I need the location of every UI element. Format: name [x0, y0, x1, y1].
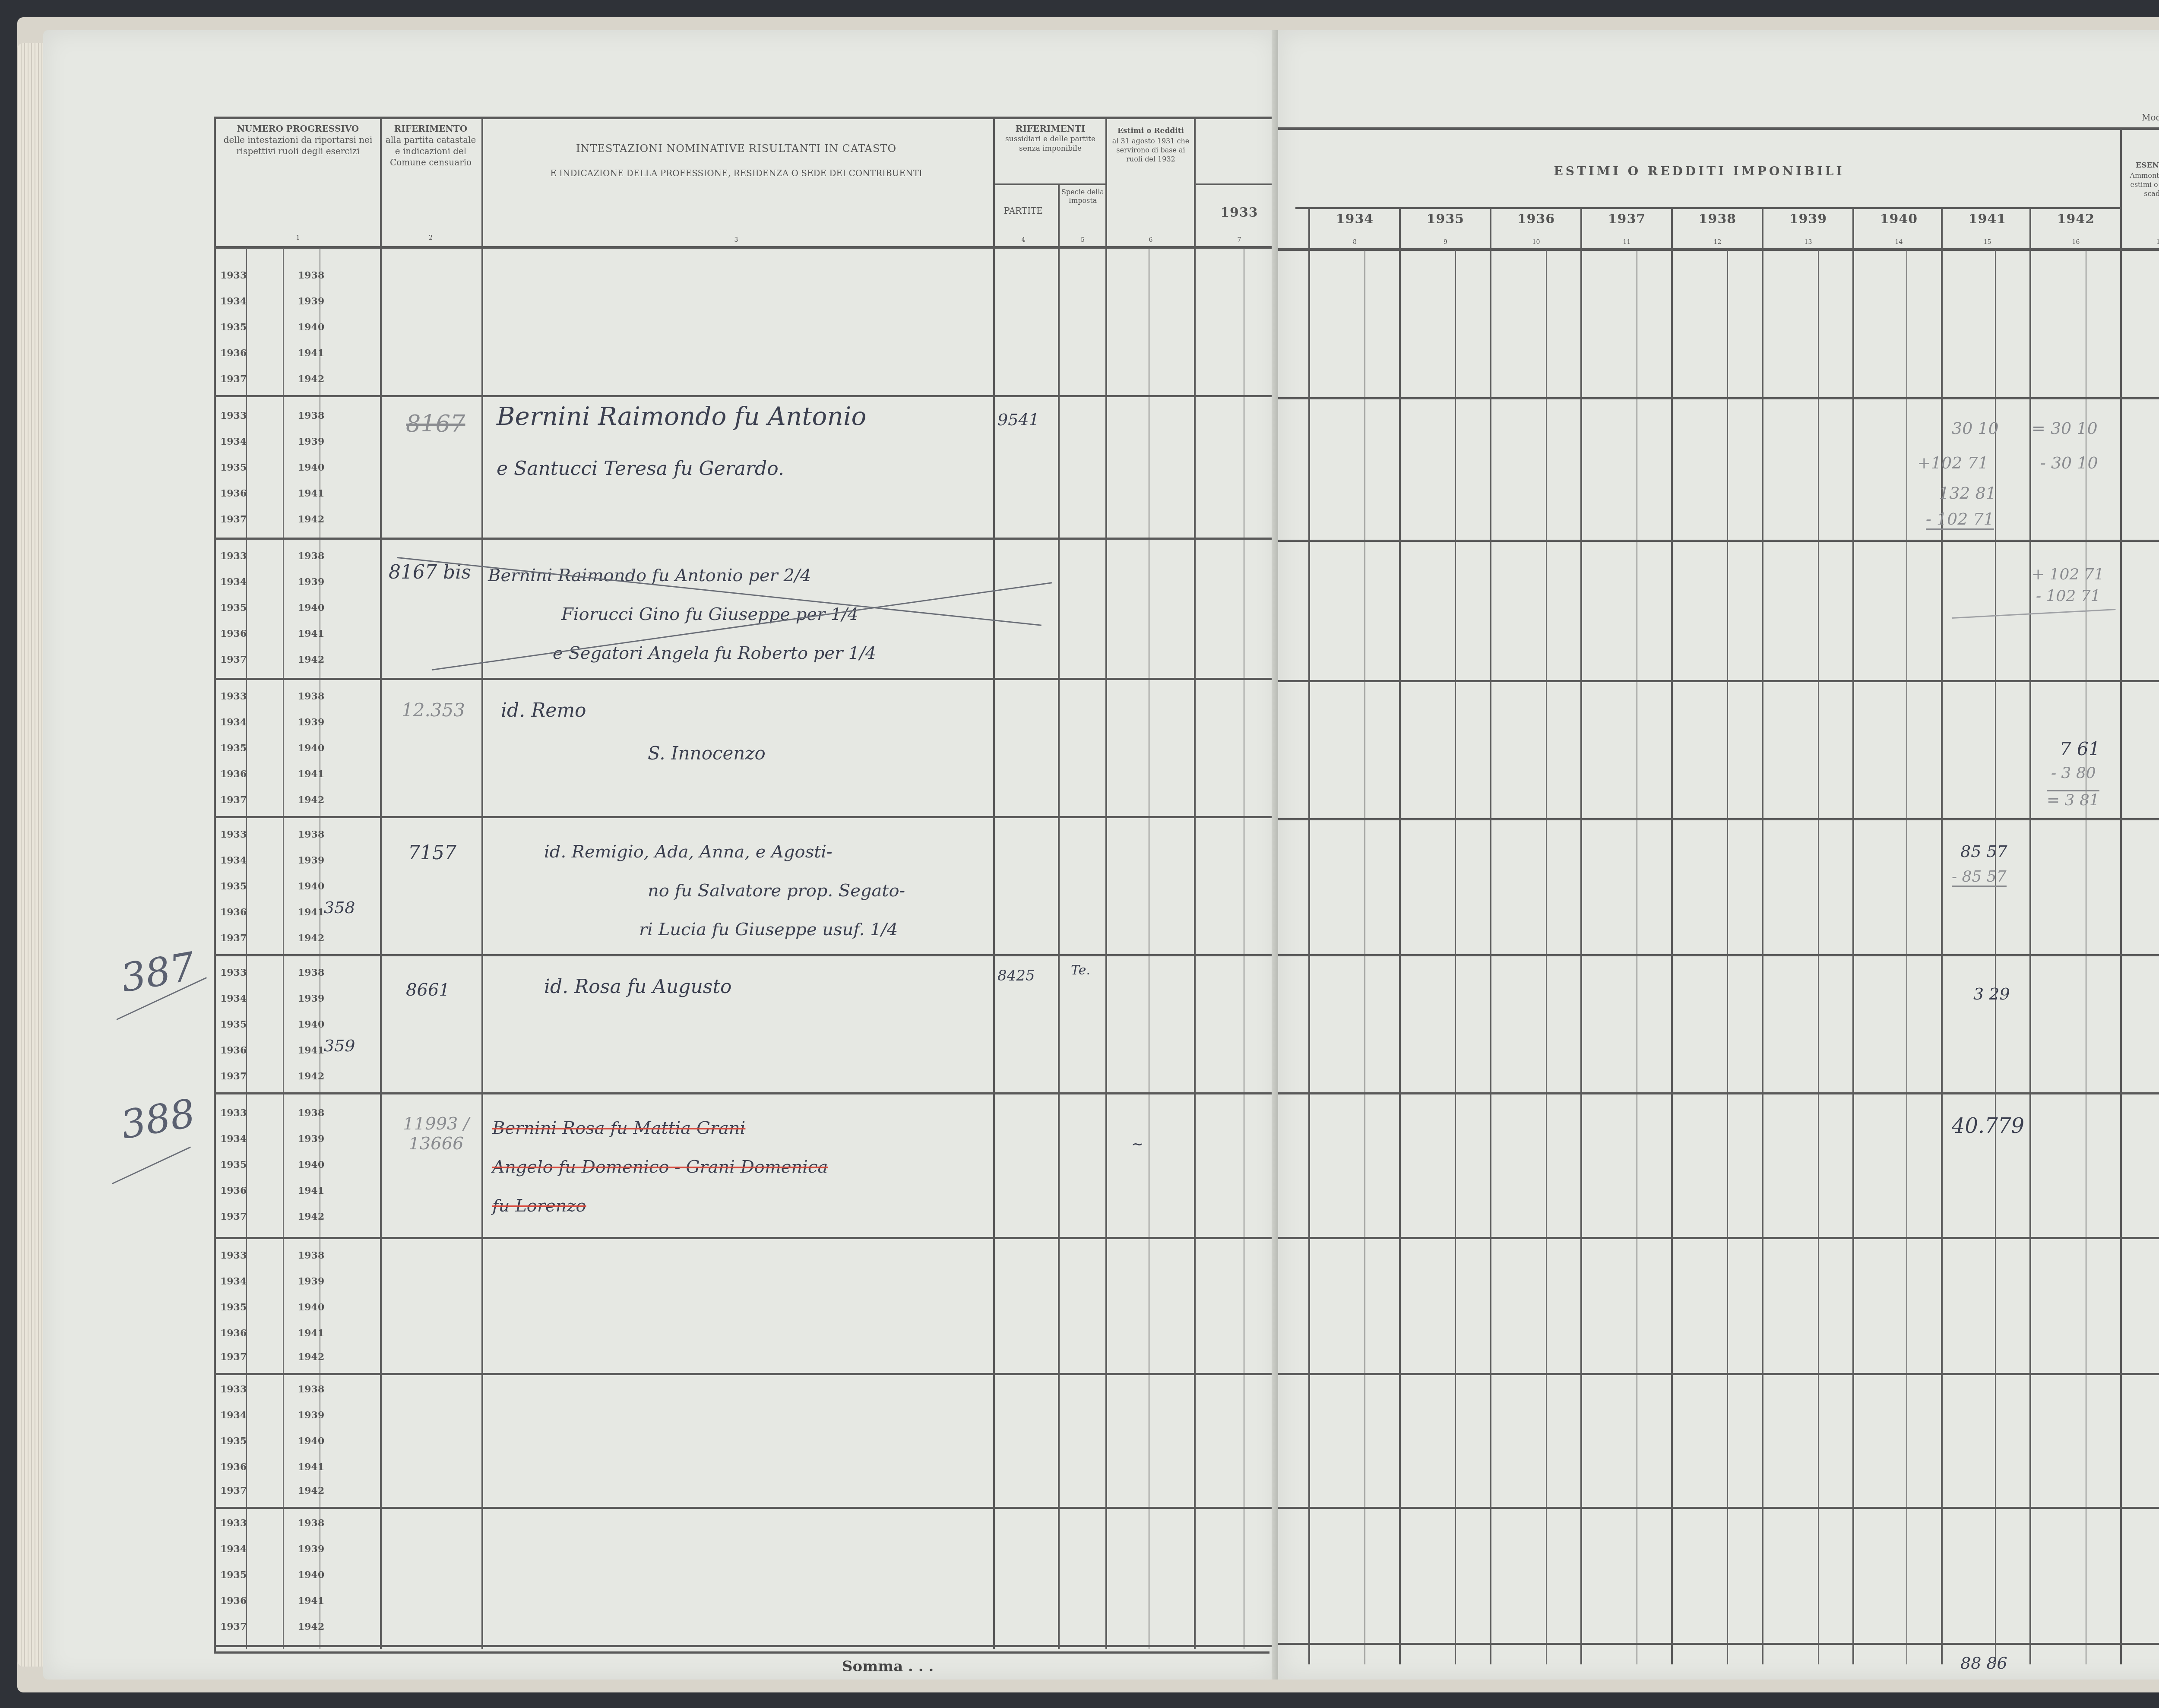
row-rule — [216, 1237, 1278, 1239]
column-number: 7 — [1196, 237, 1282, 244]
row-rule — [1278, 1373, 2159, 1375]
year-label: 1940 — [298, 322, 324, 333]
col-divider — [2120, 127, 2122, 1664]
owner-line: Bernini Raimondo fu Antonio per 2/4 — [488, 566, 811, 585]
row-rule — [1278, 1237, 2159, 1239]
year-label: 1933 — [220, 1107, 247, 1119]
partita-number: 12.353 — [402, 699, 465, 721]
col-divider — [1580, 207, 1582, 1664]
year-title: 1936 — [1492, 212, 1580, 227]
year-label: 1934 — [220, 576, 247, 588]
year-title: 1938 — [1673, 212, 1762, 227]
col-divider — [1671, 207, 1673, 1664]
year-label: 1939 — [298, 1544, 324, 1555]
header-subtitle: delle intestazioni da riportarsi nei ris… — [216, 134, 380, 157]
year-label: 1936 — [220, 1185, 247, 1196]
amount-1942: = 30 10 — [2032, 419, 2098, 438]
header-year-1936: 193610 — [1492, 212, 1580, 248]
year-label: 1935 — [220, 1159, 247, 1170]
year-label: 1934 — [220, 296, 247, 307]
year-label: 1940 — [298, 1569, 324, 1581]
year-label: 1940 — [298, 743, 324, 754]
cents-divider — [1455, 250, 1456, 1664]
header-specie: Specie della Imposta 5 — [1060, 188, 1105, 246]
year-label: 1938 — [298, 410, 324, 421]
header-1933: 1933 7 — [1196, 188, 1282, 246]
year-label: 1934 — [220, 855, 247, 866]
form-model-title: Mod. 111 - Imposte Dirette (Intercalare)… — [2142, 112, 2159, 123]
year-label: 1939 — [298, 717, 324, 728]
amount-1941: 30 10 — [1952, 419, 1999, 438]
header-title: RIFERIMENTO — [382, 123, 479, 134]
header-title: NUMERO PROGRESSIVO — [216, 123, 380, 134]
header-year-1935: 19359 — [1401, 212, 1490, 248]
owner-line: e Santucci Teresa fu Gerardo. — [497, 458, 784, 480]
column-number: 17 — [2122, 239, 2159, 246]
year-label: 1934 — [220, 1276, 247, 1287]
year-title: 1939 — [1764, 212, 1852, 227]
col-divider — [1852, 207, 1854, 1664]
year-label: 1942 — [298, 1211, 324, 1222]
owner-line-cancelled: Bernini Rosa fu Mattia Grani — [492, 1118, 745, 1138]
year-label: 1933 — [220, 1250, 247, 1261]
year-title: 1940 — [1855, 212, 1943, 227]
year-label: 1935 — [220, 1569, 247, 1581]
year-label: 1941 — [298, 628, 324, 639]
rif-partite: 9541 — [997, 410, 1039, 429]
year-label: 1933 — [220, 270, 247, 281]
year-label: 1938 — [298, 691, 324, 702]
progressive-number: 358 — [324, 898, 355, 917]
row-rule — [1278, 680, 2159, 682]
year-label: 1938 — [298, 1107, 324, 1119]
amount-1942: - 102 71 — [2036, 587, 2101, 605]
year-label: 1936 — [220, 1328, 247, 1339]
year-label: 1937 — [220, 794, 247, 806]
year-label: 1933 — [220, 410, 247, 421]
header-bottom-rule — [1278, 248, 2159, 251]
right-page: Mod. 111 - Imposte Dirette (Intercalare)… — [1278, 30, 2159, 1680]
year-label: 1934 — [220, 1133, 247, 1145]
header-riferimenti: RIFERIMENTI sussidiari e delle partite s… — [995, 123, 1105, 179]
year-label: 1935 — [220, 602, 247, 614]
year-label: 1933 — [220, 550, 247, 562]
amount-1942: + 102 71 — [2032, 566, 2104, 583]
cents-divider — [1818, 250, 1819, 1664]
somma-label: Somma . . . — [842, 1658, 934, 1675]
header-top-rule — [1278, 127, 2159, 130]
col-divider — [380, 117, 382, 1649]
year-label: 1941 — [298, 1185, 324, 1196]
year-label: 1942 — [298, 654, 324, 665]
ledger-book: NUMERO PROGRESSIVO delle intestazioni da… — [17, 17, 2159, 1692]
year-label: 1936 — [220, 907, 247, 918]
year-label: 1937 — [220, 514, 247, 525]
row-rule — [216, 954, 1278, 956]
year-label: 1939 — [298, 436, 324, 447]
header-title: PARTITE — [995, 205, 1051, 216]
amount-1941: 3 29 — [1973, 984, 2010, 1003]
year-label: 1940 — [298, 1159, 324, 1170]
header-year-1934: 19348 — [1311, 212, 1399, 248]
year-label: 1941 — [298, 907, 324, 918]
year-label: 1935 — [220, 1436, 247, 1447]
header-year-1939: 193913 — [1764, 212, 1852, 248]
year-label: 1940 — [298, 1019, 324, 1030]
year-label: 1939 — [298, 855, 324, 866]
header-subtitle: E INDICAZIONE DELLA PROFESSIONE, RESIDEN… — [484, 168, 989, 179]
year-label: 1937 — [220, 1351, 247, 1363]
amount-1942: 7 61 — [2060, 738, 2100, 759]
year-label: 1938 — [298, 967, 324, 978]
cents-divider — [1727, 250, 1728, 1664]
year-label: 1937 — [220, 654, 247, 665]
header-intestazioni: INTESTAZIONI NOMINATIVE RISULTANTI IN CA… — [484, 142, 989, 246]
partita-number: 8167 — [406, 410, 465, 437]
header-numero-progressivo: NUMERO PROGRESSIVO delle intestazioni da… — [216, 123, 380, 244]
year-label: 1942 — [298, 1621, 324, 1632]
amount-1941: 132 81 — [1939, 484, 1996, 503]
col-divider — [481, 117, 483, 1649]
header-title: ESTIMI O REDDITI IMPONIBILI — [1278, 164, 2120, 178]
header-top-rule — [214, 117, 1276, 119]
year-label: 1941 — [298, 348, 324, 359]
year-label: 1936 — [220, 769, 247, 780]
header-riferimento: RIFERIMENTO alla partita catastale e ind… — [382, 123, 479, 244]
cents-divider — [1244, 248, 1244, 1649]
somma-total: 88 86 — [1960, 1654, 2007, 1673]
col-divider — [1105, 117, 1107, 1649]
row-rule — [1278, 954, 2159, 956]
col-divider — [1194, 117, 1196, 1649]
header-estimi-1931: Estimi o Redditi al 31 agosto 1931 che s… — [1108, 125, 1194, 246]
year-label: 1936 — [220, 488, 247, 499]
year-title: 1935 — [1401, 212, 1490, 227]
row-rule — [1278, 540, 2159, 542]
margin-number: 388 — [117, 1091, 198, 1148]
column-number: 2 — [382, 234, 479, 241]
col-divider — [1941, 207, 1943, 1664]
column-number: 10 — [1492, 239, 1580, 246]
column-number: 12 — [1673, 239, 1762, 246]
year-label: 1941 — [298, 1461, 324, 1473]
year-label: 1935 — [220, 322, 247, 333]
owner-line-cancelled: Angelo fu Domenico - Grani Domenica — [492, 1157, 828, 1177]
header-esenzioni: ESENZIONI Ammontare degli estimi o reddi… — [2122, 160, 2159, 248]
tick-mark: ~ — [1131, 1136, 1144, 1153]
col-divider — [1308, 207, 1310, 1664]
header-subtitle: sussidiari e delle partite senza imponib… — [995, 134, 1105, 153]
year-label: 1938 — [298, 550, 324, 562]
year-label: 1940 — [298, 881, 324, 892]
row-rule — [216, 1507, 1278, 1509]
year-label: 1933 — [220, 967, 247, 978]
owner-line: id. Rosa fu Augusto — [544, 976, 732, 998]
partita-number: 11993 / 13666 — [389, 1114, 484, 1154]
year-label: 1938 — [298, 1518, 324, 1529]
year-label: 1936 — [220, 1461, 247, 1473]
year-label: 1942 — [298, 1351, 324, 1363]
column-number: 6 — [1108, 237, 1194, 244]
subheader-rule — [995, 183, 1105, 185]
column-number: 3 — [484, 237, 989, 244]
page-stack-left — [17, 43, 43, 1667]
amount-1942: - 30 10 — [2040, 453, 2098, 472]
col-divider — [1762, 207, 1763, 1664]
col-divider — [1490, 207, 1491, 1664]
year-label: 1935 — [220, 881, 247, 892]
year-label: 1938 — [298, 829, 324, 840]
year-label: 1934 — [220, 1410, 247, 1421]
year-label: 1937 — [220, 1485, 247, 1496]
year-label: 1939 — [298, 296, 324, 307]
margin-underline — [112, 1147, 191, 1184]
year-col-divider — [283, 248, 284, 1649]
year-label: 1939 — [298, 1410, 324, 1421]
row-rule — [1278, 818, 2159, 820]
year-label: 1934 — [220, 993, 247, 1004]
year-label: 1933 — [220, 1384, 247, 1395]
header-subtitle: alla partita catastale e indicazioni del… — [382, 134, 479, 168]
year-label: 1935 — [220, 1302, 247, 1313]
column-number: 4 — [995, 237, 1051, 244]
cents-divider — [1995, 250, 1996, 1664]
amount-1941: +102 71 — [1917, 453, 1988, 472]
header-subtitle: al 31 agosto 1931 che servirono di base … — [1108, 136, 1194, 164]
year-title: 1937 — [1583, 212, 1671, 227]
header-estimi-group: ESTIMI O REDDITI IMPONIBILI — [1278, 164, 2120, 178]
cents-divider — [1637, 250, 1637, 1664]
owner-line: ri Lucia fu Giuseppe usuf. 1/4 — [639, 920, 898, 939]
amount-1942: = 3 81 — [2047, 790, 2099, 809]
year-label: 1942 — [298, 933, 324, 944]
header-partite: PARTITE 4 — [995, 188, 1051, 246]
year-title: 1934 — [1311, 212, 1399, 227]
column-number: 5 — [1060, 237, 1105, 244]
column-number: 9 — [1401, 239, 1490, 246]
year-label: 1942 — [298, 794, 324, 806]
row-rule — [216, 816, 1278, 818]
year-label: 1937 — [220, 1621, 247, 1632]
year-label: 1933 — [220, 829, 247, 840]
year-label: 1939 — [298, 1276, 324, 1287]
row-rule — [1278, 1092, 2159, 1094]
year-title: 1942 — [2032, 212, 2120, 227]
header-year-1942: 194216 — [2032, 212, 2120, 248]
row-rule — [216, 395, 1278, 397]
subheader-rule — [1196, 183, 1278, 185]
owner-line: no fu Salvatore prop. Segato- — [648, 881, 905, 901]
header-title: RIFERIMENTI — [995, 123, 1105, 134]
year-label: 1937 — [220, 1071, 247, 1082]
row-rule — [216, 1373, 1278, 1375]
year-label: 1942 — [298, 373, 324, 385]
year-label: 1936 — [220, 348, 247, 359]
header-year-1938: 193812 — [1673, 212, 1762, 248]
subheader-rule — [1295, 207, 2120, 209]
column-number: 1 — [216, 234, 380, 241]
amount-1941: 85 57 — [1960, 842, 2007, 861]
year-label: 1938 — [298, 270, 324, 281]
row-rule — [1278, 1643, 2159, 1645]
cents-divider — [1906, 250, 1907, 1664]
owner-line-cancelled: fu Lorenzo — [492, 1196, 586, 1216]
header-title: ESENZIONI — [2122, 160, 2159, 171]
col-divider — [2029, 207, 2031, 1664]
column-number: 15 — [1943, 239, 2032, 246]
row-rule — [216, 538, 1278, 540]
progressive-number: 359 — [324, 1036, 355, 1055]
header-bottom-rule — [216, 246, 1278, 249]
row-rule — [1278, 397, 2159, 399]
year-label: 1935 — [220, 1019, 247, 1030]
year-label: 1939 — [298, 1133, 324, 1145]
header-title: 1933 — [1196, 205, 1282, 220]
header-title: INTESTAZIONI NOMINATIVE RISULTANTI IN CA… — [484, 142, 989, 155]
col-divider — [993, 117, 995, 1649]
year-label: 1941 — [298, 1328, 324, 1339]
row-rule — [1278, 1507, 2159, 1509]
row-rule — [216, 1645, 1278, 1647]
column-number: 13 — [1764, 239, 1852, 246]
year-label: 1936 — [220, 628, 247, 639]
year-title: 1941 — [1943, 212, 2032, 227]
amount-1941: - 102 71 — [1926, 509, 1994, 530]
rif-specie: Te. — [1071, 963, 1090, 978]
owner-line: S. Innocenzo — [648, 743, 766, 764]
owner-line: id. Remo — [501, 699, 586, 721]
column-number: 8 — [1311, 239, 1399, 246]
year-label: 1935 — [220, 462, 247, 473]
amount-1942: - 3 80 — [2051, 764, 2096, 782]
year-label: 1941 — [298, 488, 324, 499]
year-label: 1940 — [298, 1436, 324, 1447]
cents-divider — [1149, 248, 1149, 1649]
owner-line: id. Remigio, Ada, Anna, e Agosti- — [544, 842, 833, 862]
owner-line: Fiorucci Gino fu Giuseppe per 1/4 — [561, 604, 858, 624]
year-label: 1937 — [220, 373, 247, 385]
year-label: 1940 — [298, 602, 324, 614]
partita-number: 8661 — [406, 980, 450, 1000]
year-label: 1942 — [298, 1485, 324, 1496]
year-label: 1934 — [220, 436, 247, 447]
header-title: Specie della Imposta — [1060, 188, 1105, 205]
amount-1941: 40.779 — [1952, 1114, 2024, 1138]
year-label: 1936 — [220, 1595, 247, 1607]
margin-number: 387 — [117, 944, 198, 1001]
rif-partite: 8425 — [997, 967, 1035, 984]
year-label: 1939 — [298, 576, 324, 588]
year-label: 1942 — [298, 1071, 324, 1082]
year-label: 1940 — [298, 1302, 324, 1313]
row-rule — [216, 1092, 1278, 1094]
left-page: NUMERO PROGRESSIVO delle intestazioni da… — [43, 30, 1278, 1680]
header-year-1940: 194014 — [1855, 212, 1943, 248]
year-label: 1938 — [298, 1250, 324, 1261]
year-label: 1933 — [220, 691, 247, 702]
year-label: 1937 — [220, 1211, 247, 1222]
year-label: 1937 — [220, 933, 247, 944]
partita-number: 7157 — [408, 842, 456, 864]
year-label: 1934 — [220, 717, 247, 728]
year-label: 1938 — [298, 1384, 324, 1395]
header-year-1941: 194115 — [1943, 212, 2032, 248]
year-label: 1935 — [220, 743, 247, 754]
header-year-1937: 193711 — [1583, 212, 1671, 248]
owner-line: Bernini Raimondo fu Antonio — [497, 402, 866, 431]
col-divider — [1399, 207, 1401, 1664]
header-subtitle: Ammontare degli estimi o redditi e scade… — [2122, 171, 2159, 198]
year-label: 1933 — [220, 1518, 247, 1529]
cents-divider — [1546, 250, 1547, 1664]
pencil-stroke — [1952, 609, 2116, 619]
year-label: 1941 — [298, 1045, 324, 1056]
amount-1941: - 85 57 — [1952, 868, 2007, 887]
year-label: 1942 — [298, 514, 324, 525]
cents-divider — [1364, 250, 1365, 1664]
year-label: 1941 — [298, 769, 324, 780]
row-rule — [216, 678, 1278, 680]
year-label: 1934 — [220, 1544, 247, 1555]
header-title: Estimi o Redditi — [1108, 125, 1194, 136]
col-divider — [1058, 183, 1060, 1649]
year-label: 1941 — [298, 1595, 324, 1607]
column-number: 16 — [2032, 239, 2120, 246]
year-label: 1936 — [220, 1045, 247, 1056]
column-number: 11 — [1583, 239, 1671, 246]
column-number: 14 — [1855, 239, 1943, 246]
year-label: 1940 — [298, 462, 324, 473]
year-label: 1939 — [298, 993, 324, 1004]
